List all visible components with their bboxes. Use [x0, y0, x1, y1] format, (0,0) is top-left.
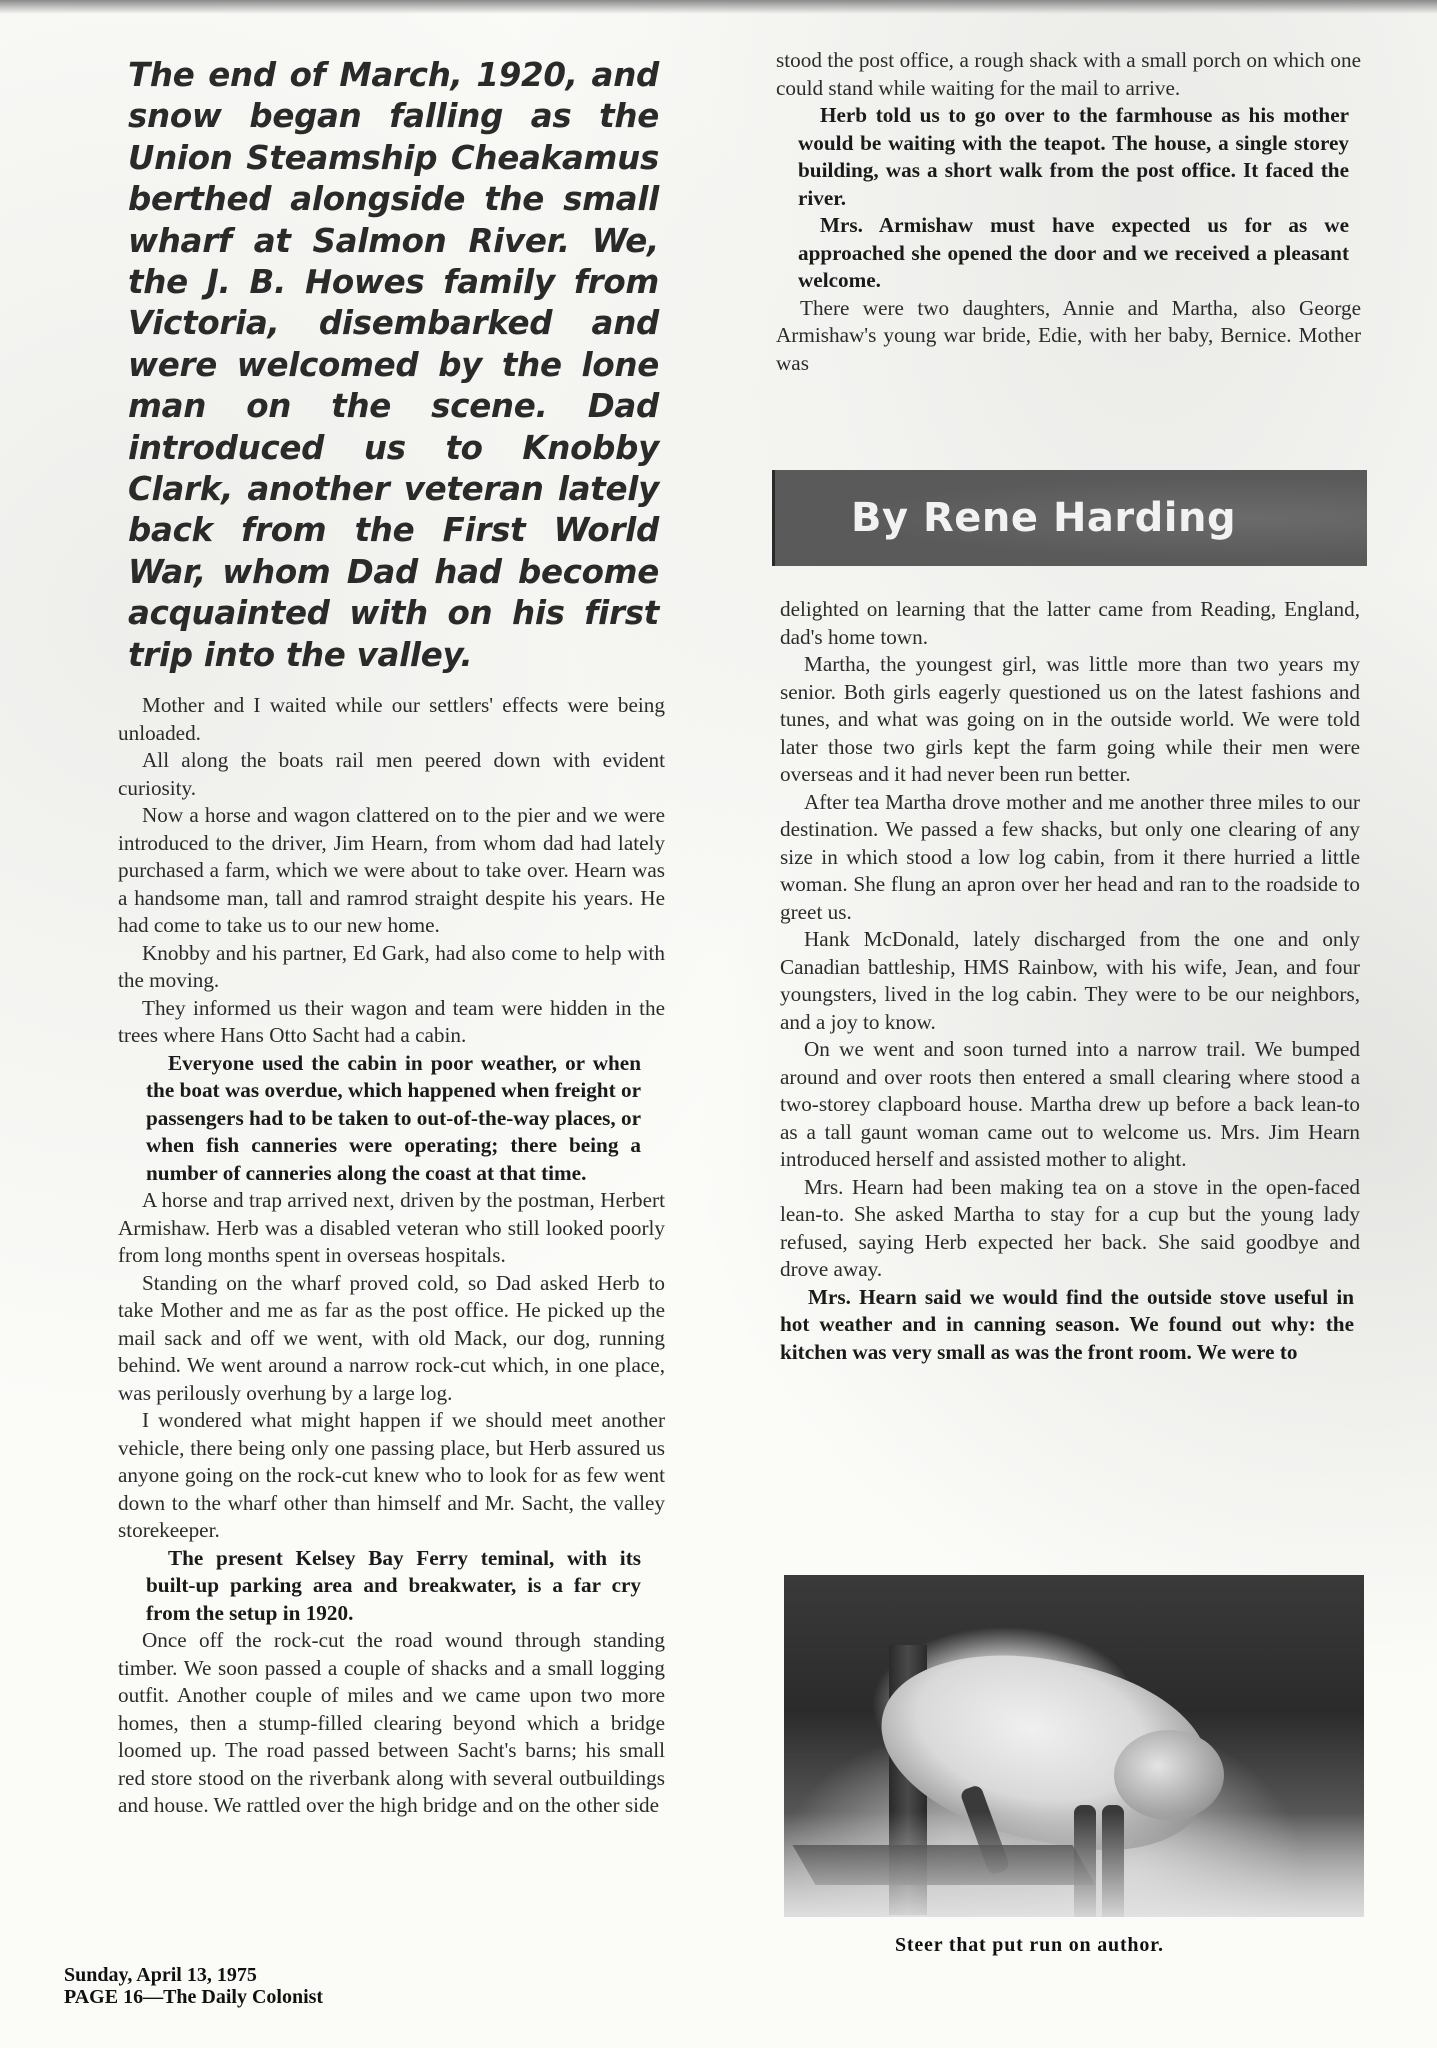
steer-head — [1114, 1730, 1224, 1820]
paragraph: Once off the rock-cut the road wound thr… — [118, 1627, 665, 1820]
bold-insert-paragraph: Mrs. Armishaw must have expected us for … — [776, 212, 1361, 295]
paragraph: A horse and trap arrived next, driven by… — [118, 1187, 665, 1270]
page-number: PAGE 16—The Daily Colonist — [64, 1986, 564, 2008]
newspaper-page: The end of March, 1920, and snow began f… — [0, 0, 1437, 2048]
right-column-top: stood the post office, a rough shack wit… — [776, 47, 1361, 377]
bold-insert-paragraph: Mrs. Hearn said we would find the outsid… — [752, 1284, 1360, 1367]
scan-edge — [0, 0, 1437, 14]
paragraph: Standing on the wharf proved cold, so Da… — [118, 1270, 665, 1408]
right-bottom-body: delighted on learning that the latter ca… — [780, 596, 1360, 1366]
paragraph: stood the post office, a rough shack wit… — [776, 47, 1361, 102]
paragraph: Martha, the youngest girl, was little mo… — [780, 651, 1360, 789]
paragraph: All along the boats rail men peered down… — [118, 747, 665, 802]
byline: By Rene Harding — [775, 495, 1236, 541]
right-column-bottom: delighted on learning that the latter ca… — [780, 596, 1360, 1366]
paragraph: After tea Martha drove mother and me ano… — [780, 789, 1360, 927]
left-body: Mother and I waited while our settlers' … — [118, 692, 673, 1820]
paragraph: Mrs. Hearn had been making tea on a stov… — [780, 1174, 1360, 1284]
paragraph: There were two daughters, Annie and Mart… — [776, 295, 1361, 378]
paragraph: They informed us their wagon and team we… — [118, 995, 665, 1050]
dateline: Sunday, April 13, 1975 PAGE 16—The Daily… — [64, 1964, 564, 2008]
steer-photo — [784, 1575, 1364, 1917]
bold-insert-paragraph: Everyone used the cabin in poor weather,… — [118, 1050, 665, 1188]
paragraph: Hank McDonald, lately discharged from th… — [780, 926, 1360, 1036]
paragraph: On we went and soon turned into a narrow… — [780, 1036, 1360, 1174]
photo-caption: Steer that put run on author. — [895, 1934, 1295, 1957]
paragraph: Now a horse and wagon clattered on to th… — [118, 802, 665, 940]
paragraph: Mother and I waited while our settlers' … — [118, 692, 665, 747]
paragraph: delighted on learning that the latter ca… — [780, 596, 1360, 651]
article-deck: The end of March, 1920, and snow began f… — [118, 55, 673, 676]
left-column: The end of March, 1920, and snow began f… — [118, 55, 673, 1820]
byline-banner: By Rene Harding — [772, 470, 1367, 566]
ground — [784, 1812, 1364, 1917]
bold-insert-paragraph: The present Kelsey Bay Ferry teminal, wi… — [118, 1545, 665, 1628]
paragraph: Knobby and his partner, Ed Gark, had als… — [118, 940, 665, 995]
bold-insert-paragraph: Herb told us to go over to the farmhouse… — [776, 102, 1361, 212]
right-top-body: stood the post office, a rough shack wit… — [776, 47, 1361, 377]
publication-date: Sunday, April 13, 1975 — [64, 1964, 564, 1986]
paragraph: I wondered what might happen if we shoul… — [118, 1407, 665, 1545]
